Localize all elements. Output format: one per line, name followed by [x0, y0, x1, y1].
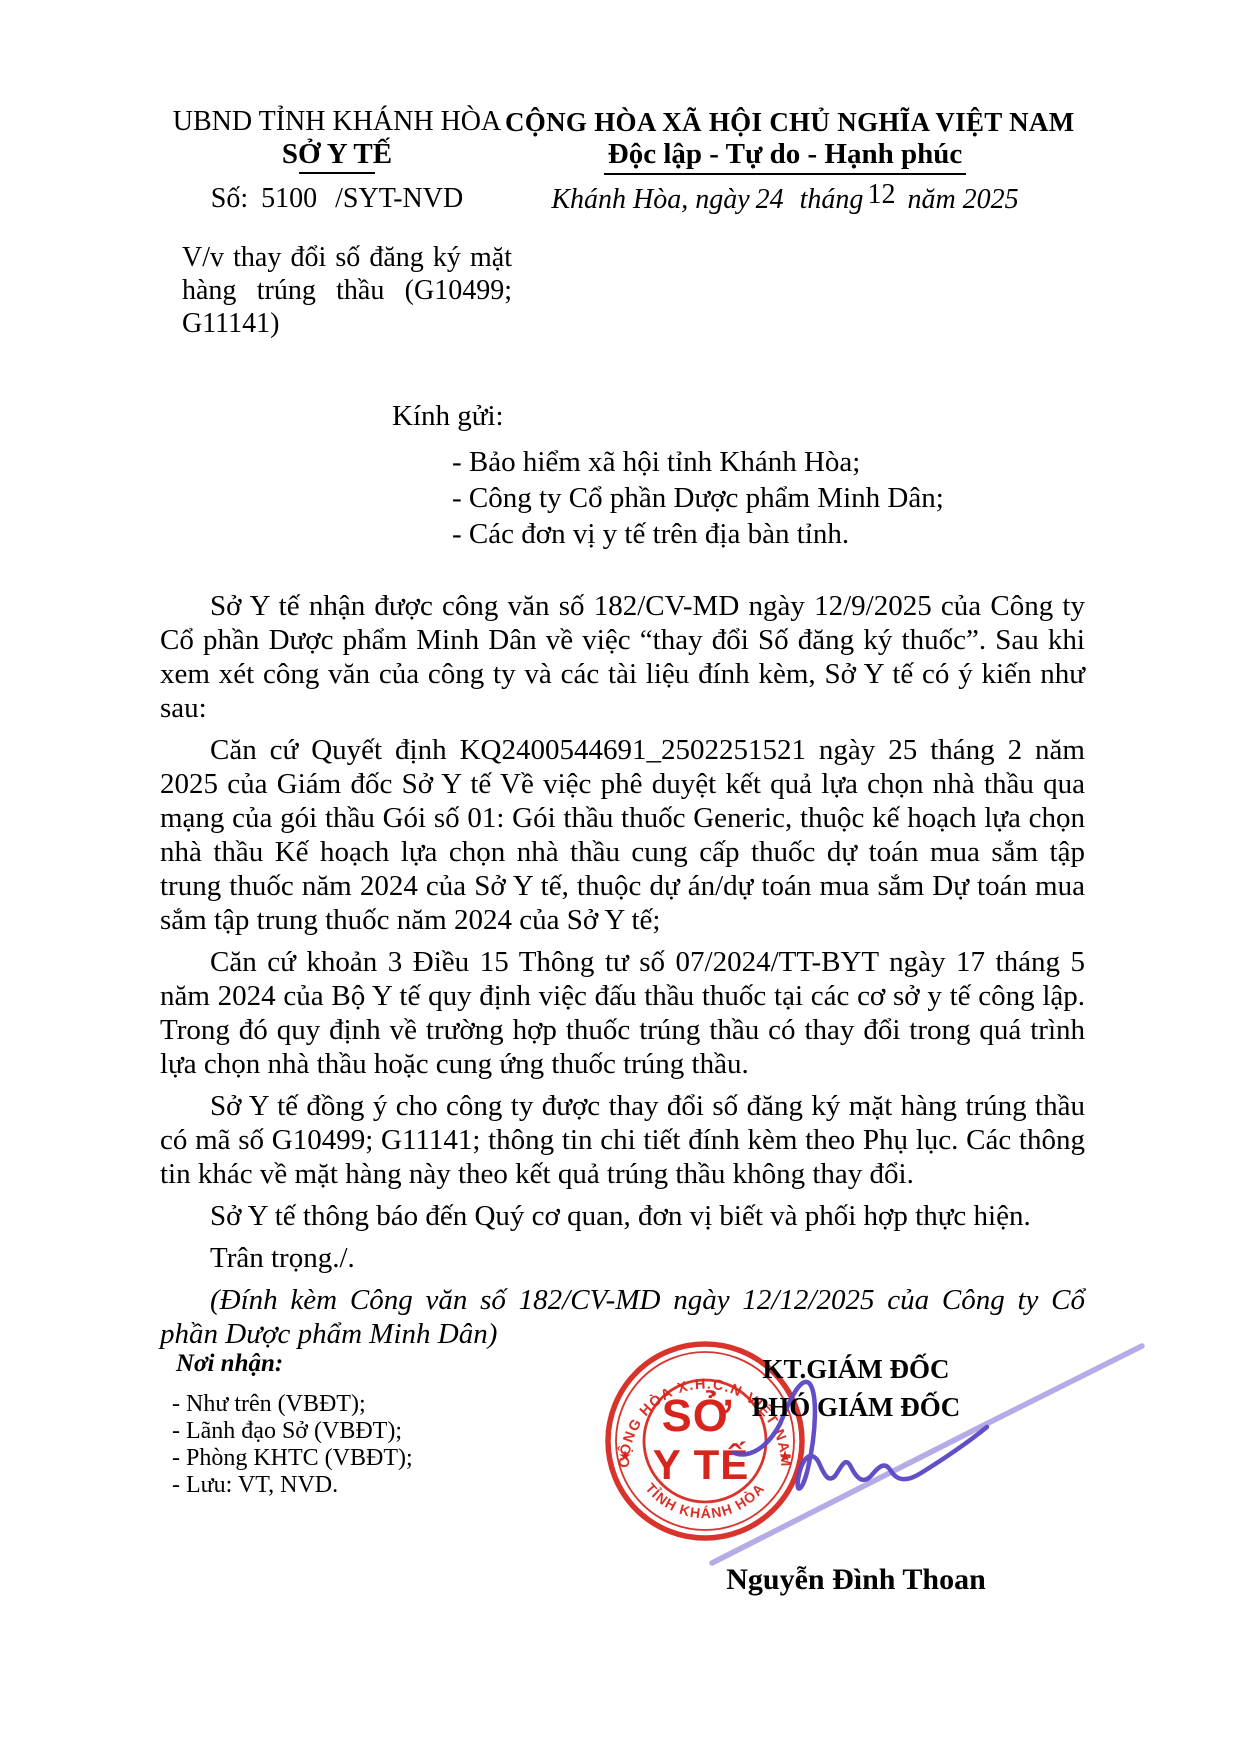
- date-month-label: tháng: [800, 184, 864, 215]
- body-paragraph: Căn cứ khoản 3 Điều 15 Thông tư số 07/20…: [160, 945, 1085, 1081]
- national-motto: Độc lập - Tự do - Hạnh phúc: [604, 138, 967, 175]
- signer-name: Nguyễn Đình Thoan: [640, 1563, 1072, 1597]
- signer-title-2: PHÓ GIÁM ĐỐC: [640, 1388, 1072, 1426]
- document-subject: V/v thay đổi số đăng ký mặt hàng trúng t…: [182, 241, 512, 340]
- org-name: SỞ Y TẾ: [163, 138, 511, 171]
- date-month: 12: [867, 179, 895, 210]
- signer-title-1: KT.GIÁM ĐỐC: [640, 1350, 1072, 1388]
- place-date-prefix: Khánh Hòa, ngày: [551, 184, 749, 215]
- date-day: 24: [756, 184, 784, 215]
- place-date-line: Khánh Hòa, ngày24tháng12năm 2025: [505, 184, 1065, 216]
- distribution-item: - Lãnh đạo Sở (VBĐT);: [172, 1418, 413, 1445]
- national-title: CỘNG HÒA XÃ HỘI CHỦ NGHĨA VIỆT NAM: [505, 106, 1065, 138]
- body-paragraph: Sở Y tế đồng ý cho công ty được thay đổi…: [160, 1089, 1085, 1191]
- body-paragraph: Sở Y tế thông báo đến Quý cơ quan, đơn v…: [160, 1199, 1085, 1233]
- recipient-item: - Các đơn vị y tế trên địa bàn tỉnh.: [452, 516, 944, 552]
- national-header-block: CỘNG HÒA XÃ HỘI CHỦ NGHĨA VIỆT NAM Độc l…: [505, 106, 1065, 216]
- official-letter-page: UBND TỈNH KHÁNH HÒA SỞ Y TẾ Số: 5100/SYT…: [0, 0, 1241, 1754]
- recipient-item: - Bảo hiểm xã hội tỉnh Khánh Hòa;: [452, 444, 944, 480]
- salutation: Kính gửi:: [392, 400, 504, 433]
- issuing-org-block: UBND TỈNH KHÁNH HÒA SỞ Y TẾ Số: 5100/SYT…: [163, 106, 511, 215]
- distribution-list: - Như trên (VBĐT); - Lãnh đạo Sở (VBĐT);…: [172, 1391, 413, 1499]
- distribution-item: - Phòng KHTC (VBĐT);: [172, 1445, 413, 1472]
- letter-body: Sở Y tế nhận được công văn số 182/CV-MD …: [160, 589, 1085, 1359]
- distribution-item: - Lưu: VT, NVD.: [172, 1472, 413, 1499]
- signer-title-block: KT.GIÁM ĐỐC PHÓ GIÁM ĐỐC: [640, 1350, 1072, 1426]
- org-underline: [299, 172, 375, 174]
- document-number-line: Số: 5100/SYT-NVD: [163, 183, 511, 215]
- document-number-suffix: /SYT-NVD: [335, 183, 463, 214]
- recipient-item: - Công ty Cổ phần Dược phẩm Minh Dân;: [452, 480, 944, 516]
- parent-org-name: UBND TỈNH KHÁNH HÒA: [163, 106, 511, 138]
- body-paragraph: Sở Y tế nhận được công văn số 182/CV-MD …: [160, 589, 1085, 725]
- body-paragraph: Căn cứ Quyết định KQ2400544691_250225152…: [160, 733, 1085, 937]
- date-year-label: năm 2025: [907, 184, 1018, 215]
- distribution-item: - Như trên (VBĐT);: [172, 1391, 413, 1418]
- document-number-label: Số:: [211, 183, 248, 214]
- closing-paragraph: Trân trọng./.: [160, 1241, 1085, 1275]
- document-number-value: 5100: [261, 183, 317, 214]
- recipient-list: - Bảo hiểm xã hội tỉnh Khánh Hòa; - Công…: [452, 444, 944, 552]
